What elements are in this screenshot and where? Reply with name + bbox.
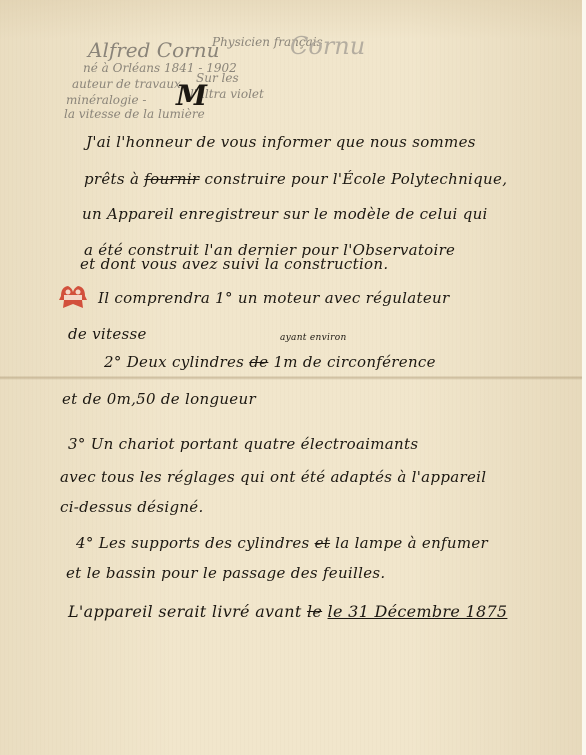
pencil-faint-name: Cornu <box>290 34 365 58</box>
letter-line-6: Il comprendra 1° un moteur avec régulate… <box>98 291 449 306</box>
line-2-end: construire pour l'École Polytechnique, <box>205 170 508 188</box>
red-monogram-stamp-icon <box>58 284 88 310</box>
letter-line-2: prêts à fournir construire pour l'École … <box>84 172 507 187</box>
line-13-end: la lampe à enfumer <box>335 534 488 552</box>
line-8-start: 2° Deux cylindres <box>104 353 244 371</box>
letter-line-1: J'ai l'honneur de vous informer que nous… <box>86 135 476 150</box>
letter-line-3: un Appareil enregistreur sur le modèle d… <box>82 207 488 222</box>
line-2-start: prêts à <box>84 170 139 188</box>
ink-initial: M <box>176 82 207 110</box>
letter-line-9: et de 0m,50 de longueur <box>62 392 256 407</box>
struck-word: et <box>315 534 331 552</box>
line-13-start: 4° Les supports des cylindres <box>76 534 310 552</box>
letter-line-14: et le bassin pour le passage des feuille… <box>66 566 385 581</box>
line-8-end: 1m de circonférence <box>273 353 435 371</box>
letter-line-7: de vitesse <box>68 327 147 342</box>
struck-word: de <box>249 353 268 371</box>
letter-line-13: 4° Les supports des cylindres et la lamp… <box>76 536 488 551</box>
struck-word: fournir <box>144 170 199 188</box>
pencil-mineralogy: minéralogie - <box>66 94 147 106</box>
pencil-works-line: auteur de travaux <box>72 78 181 90</box>
line-15-start: L'appareil serait livré avant <box>68 602 302 621</box>
letter-line-5: et dont vous avez suivi la construction. <box>80 257 388 272</box>
letter-line-11: avec tous les réglages qui ont été adapt… <box>60 470 486 485</box>
pencil-author-name: Alfred Cornu <box>88 40 219 60</box>
delivery-date: le 31 Décembre 1875 <box>328 602 508 621</box>
letter-line-8: 2° Deux cylindres de 1m de circonférence <box>104 355 436 370</box>
page-edge <box>582 0 586 755</box>
letter-line-15: L'appareil serait livré avant le le 31 D… <box>68 604 507 620</box>
inserted-text: ayant environ <box>280 334 347 343</box>
struck-word: le <box>307 602 322 621</box>
letter-line-10: 3° Un chariot portant quatre électroaima… <box>68 437 418 452</box>
letter-line-12: ci-dessus désigné. <box>60 500 204 515</box>
